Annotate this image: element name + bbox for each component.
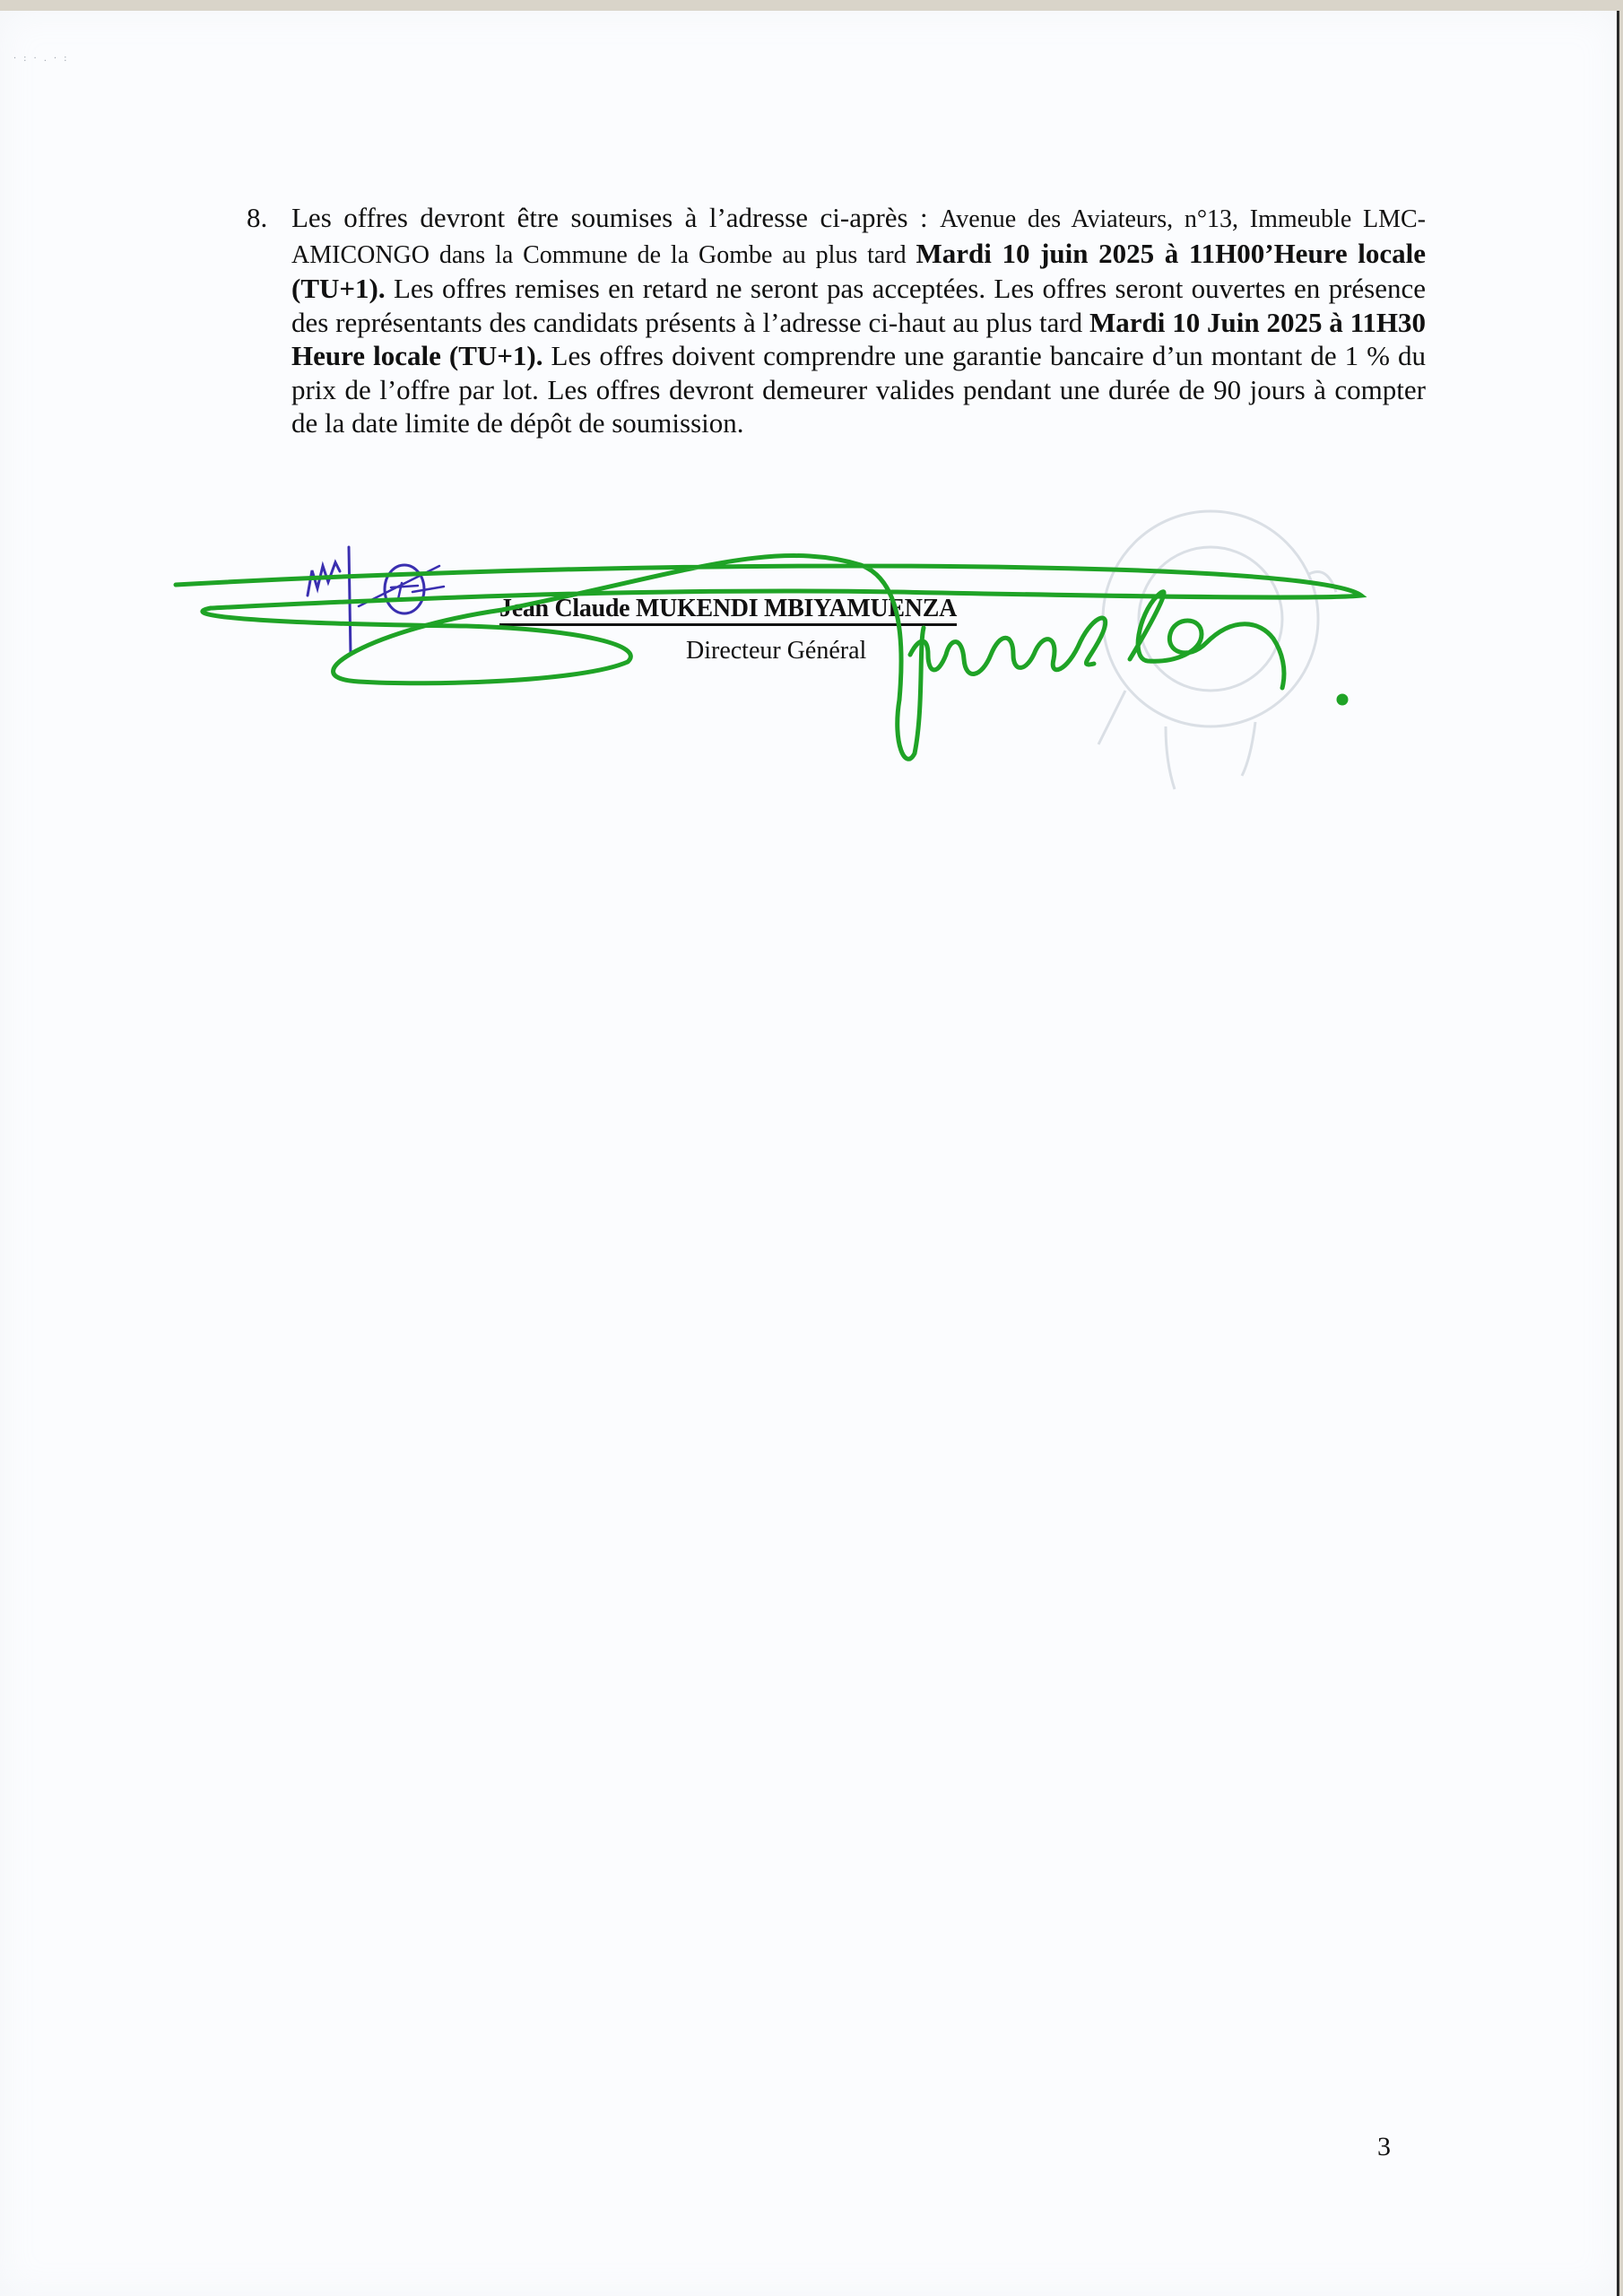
clause-body: Les offres devront être soumises à l’adr… — [291, 201, 1426, 440]
page-number: 3 — [1377, 2132, 1391, 2162]
scan-artifacts: ·:·.·: — [13, 54, 74, 64]
signatory-name: Jean Claude MUKENDI MBIYAMUENZA — [499, 596, 957, 626]
signatory-title: Directeur Général — [686, 637, 866, 665]
clause-number: 8. — [247, 201, 267, 235]
clause-text-1: Les offres devront être soumises à l’adr… — [291, 202, 940, 233]
document-page: ·:·.·: 8. Les offres devront être soumis… — [0, 11, 1619, 2296]
